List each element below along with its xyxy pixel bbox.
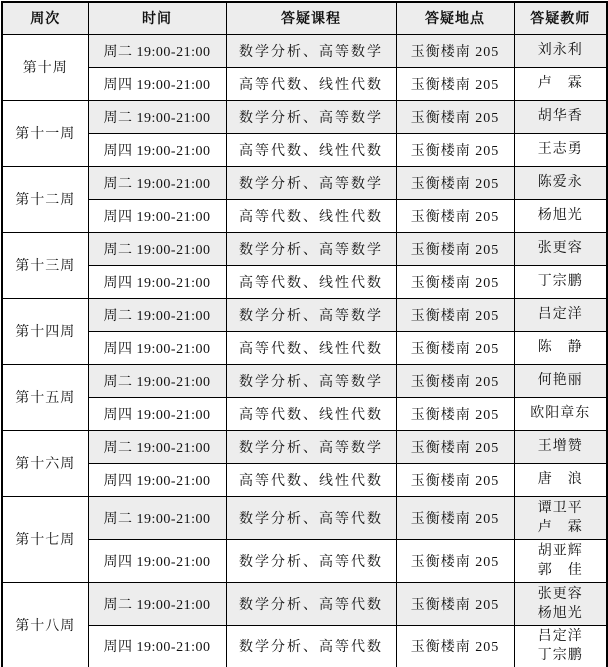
table-row: 第十五周周二 19:00-21:00数学分析、高等数学玉衡楼南 205何艳丽 [2, 364, 607, 397]
teacher-cell: 王增赞 [514, 430, 607, 463]
table-row: 第十六周周二 19:00-21:00数学分析、高等数学玉衡楼南 205王增赞 [2, 430, 607, 463]
teacher-cell: 胡亚辉 郭 佳 [514, 539, 607, 582]
time-cell: 周四 19:00-21:00 [88, 539, 226, 582]
table-row: 第十三周周二 19:00-21:00数学分析、高等数学玉衡楼南 205张更容 [2, 232, 607, 265]
location-cell: 玉衡楼南 205 [396, 199, 514, 232]
week-cell: 第十三周 [2, 232, 88, 298]
course-cell: 数学分析、高等代数 [226, 539, 396, 582]
teacher-cell: 刘永利 [514, 34, 607, 67]
location-cell: 玉衡楼南 205 [396, 430, 514, 463]
table-row: 第十七周周二 19:00-21:00数学分析、高等代数玉衡楼南 205谭卫平 卢… [2, 496, 607, 539]
teacher-cell: 唐 浪 [514, 463, 607, 496]
table-row: 第十四周周二 19:00-21:00数学分析、高等数学玉衡楼南 205吕定洋 [2, 298, 607, 331]
course-cell: 高等代数、线性代数 [226, 331, 396, 364]
teacher-cell: 张更容 [514, 232, 607, 265]
course-cell: 高等代数、线性代数 [226, 397, 396, 430]
location-cell: 玉衡楼南 205 [396, 397, 514, 430]
course-cell: 数学分析、高等数学 [226, 364, 396, 397]
week-cell: 第十二周 [2, 166, 88, 232]
course-cell: 高等代数、线性代数 [226, 265, 396, 298]
location-cell: 玉衡楼南 205 [396, 133, 514, 166]
time-cell: 周二 19:00-21:00 [88, 34, 226, 67]
course-cell: 数学分析、高等数学 [226, 166, 396, 199]
time-cell: 周四 19:00-21:00 [88, 265, 226, 298]
location-cell: 玉衡楼南 205 [396, 166, 514, 199]
teacher-cell: 卢 霖 [514, 67, 607, 100]
location-cell: 玉衡楼南 205 [396, 67, 514, 100]
week-cell: 第十六周 [2, 430, 88, 496]
course-cell: 高等代数、线性代数 [226, 133, 396, 166]
teacher-cell: 谭卫平 卢 霖 [514, 496, 607, 539]
week-cell: 第十五周 [2, 364, 88, 430]
location-cell: 玉衡楼南 205 [396, 539, 514, 582]
teacher-cell: 吕定洋 [514, 298, 607, 331]
header-time: 时间 [88, 2, 226, 34]
week-cell: 第十周 [2, 34, 88, 100]
qa-schedule-table: 周次 时间 答疑课程 答疑地点 答疑教师 第十周周二 19:00-21:00数学… [1, 1, 608, 667]
table-row: 周四 19:00-21:00数学分析、高等代数玉衡楼南 205吕定洋 丁宗鹏 [2, 625, 607, 667]
course-cell: 数学分析、高等数学 [226, 34, 396, 67]
location-cell: 玉衡楼南 205 [396, 265, 514, 298]
course-cell: 高等代数、线性代数 [226, 67, 396, 100]
teacher-cell: 丁宗鹏 [514, 265, 607, 298]
location-cell: 玉衡楼南 205 [396, 364, 514, 397]
header-row: 周次 时间 答疑课程 答疑地点 答疑教师 [2, 2, 607, 34]
time-cell: 周二 19:00-21:00 [88, 232, 226, 265]
teacher-cell: 吕定洋 丁宗鹏 [514, 625, 607, 667]
time-cell: 周二 19:00-21:00 [88, 100, 226, 133]
teacher-cell: 胡华香 [514, 100, 607, 133]
location-cell: 玉衡楼南 205 [396, 463, 514, 496]
table-row: 周四 19:00-21:00高等代数、线性代数玉衡楼南 205唐 浪 [2, 463, 607, 496]
teacher-cell: 张更容 杨旭光 [514, 582, 607, 625]
teacher-cell: 陈爱永 [514, 166, 607, 199]
time-cell: 周四 19:00-21:00 [88, 625, 226, 667]
header-course: 答疑课程 [226, 2, 396, 34]
course-cell: 高等代数、线性代数 [226, 199, 396, 232]
table-row: 周四 19:00-21:00数学分析、高等代数玉衡楼南 205胡亚辉 郭 佳 [2, 539, 607, 582]
location-cell: 玉衡楼南 205 [396, 298, 514, 331]
location-cell: 玉衡楼南 205 [396, 582, 514, 625]
teacher-cell: 何艳丽 [514, 364, 607, 397]
time-cell: 周二 19:00-21:00 [88, 430, 226, 463]
header-week: 周次 [2, 2, 88, 34]
course-cell: 数学分析、高等数学 [226, 232, 396, 265]
course-cell: 数学分析、高等数学 [226, 100, 396, 133]
week-cell: 第十四周 [2, 298, 88, 364]
time-cell: 周四 19:00-21:00 [88, 67, 226, 100]
time-cell: 周四 19:00-21:00 [88, 133, 226, 166]
course-cell: 数学分析、高等数学 [226, 430, 396, 463]
table-row: 周四 19:00-21:00高等代数、线性代数玉衡楼南 205杨旭光 [2, 199, 607, 232]
table-row: 周四 19:00-21:00高等代数、线性代数玉衡楼南 205卢 霖 [2, 67, 607, 100]
course-cell: 数学分析、高等数学 [226, 298, 396, 331]
time-cell: 周二 19:00-21:00 [88, 496, 226, 539]
schedule-body: 第十周周二 19:00-21:00数学分析、高等数学玉衡楼南 205刘永利周四 … [2, 34, 607, 667]
course-cell: 数学分析、高等代数 [226, 625, 396, 667]
table-row: 周四 19:00-21:00高等代数、线性代数玉衡楼南 205丁宗鹏 [2, 265, 607, 298]
time-cell: 周四 19:00-21:00 [88, 199, 226, 232]
table-row: 第十一周周二 19:00-21:00数学分析、高等数学玉衡楼南 205胡华香 [2, 100, 607, 133]
location-cell: 玉衡楼南 205 [396, 34, 514, 67]
time-cell: 周四 19:00-21:00 [88, 397, 226, 430]
time-cell: 周二 19:00-21:00 [88, 166, 226, 199]
header-location: 答疑地点 [396, 2, 514, 34]
time-cell: 周二 19:00-21:00 [88, 582, 226, 625]
table-row: 第十八周周二 19:00-21:00数学分析、高等代数玉衡楼南 205张更容 杨… [2, 582, 607, 625]
week-cell: 第十八周 [2, 582, 88, 667]
location-cell: 玉衡楼南 205 [396, 496, 514, 539]
location-cell: 玉衡楼南 205 [396, 625, 514, 667]
table-row: 第十二周周二 19:00-21:00数学分析、高等数学玉衡楼南 205陈爱永 [2, 166, 607, 199]
table-row: 周四 19:00-21:00高等代数、线性代数玉衡楼南 205陈 静 [2, 331, 607, 364]
location-cell: 玉衡楼南 205 [396, 232, 514, 265]
table-row: 周四 19:00-21:00高等代数、线性代数玉衡楼南 205王志勇 [2, 133, 607, 166]
location-cell: 玉衡楼南 205 [396, 331, 514, 364]
course-cell: 高等代数、线性代数 [226, 463, 396, 496]
week-cell: 第十七周 [2, 496, 88, 582]
time-cell: 周二 19:00-21:00 [88, 364, 226, 397]
week-cell: 第十一周 [2, 100, 88, 166]
teacher-cell: 欧阳章东 [514, 397, 607, 430]
course-cell: 数学分析、高等代数 [226, 582, 396, 625]
teacher-cell: 陈 静 [514, 331, 607, 364]
time-cell: 周二 19:00-21:00 [88, 298, 226, 331]
table-row: 周四 19:00-21:00高等代数、线性代数玉衡楼南 205欧阳章东 [2, 397, 607, 430]
teacher-cell: 杨旭光 [514, 199, 607, 232]
time-cell: 周四 19:00-21:00 [88, 331, 226, 364]
course-cell: 数学分析、高等代数 [226, 496, 396, 539]
teacher-cell: 王志勇 [514, 133, 607, 166]
time-cell: 周四 19:00-21:00 [88, 463, 226, 496]
header-teacher: 答疑教师 [514, 2, 607, 34]
table-row: 第十周周二 19:00-21:00数学分析、高等数学玉衡楼南 205刘永利 [2, 34, 607, 67]
location-cell: 玉衡楼南 205 [396, 100, 514, 133]
